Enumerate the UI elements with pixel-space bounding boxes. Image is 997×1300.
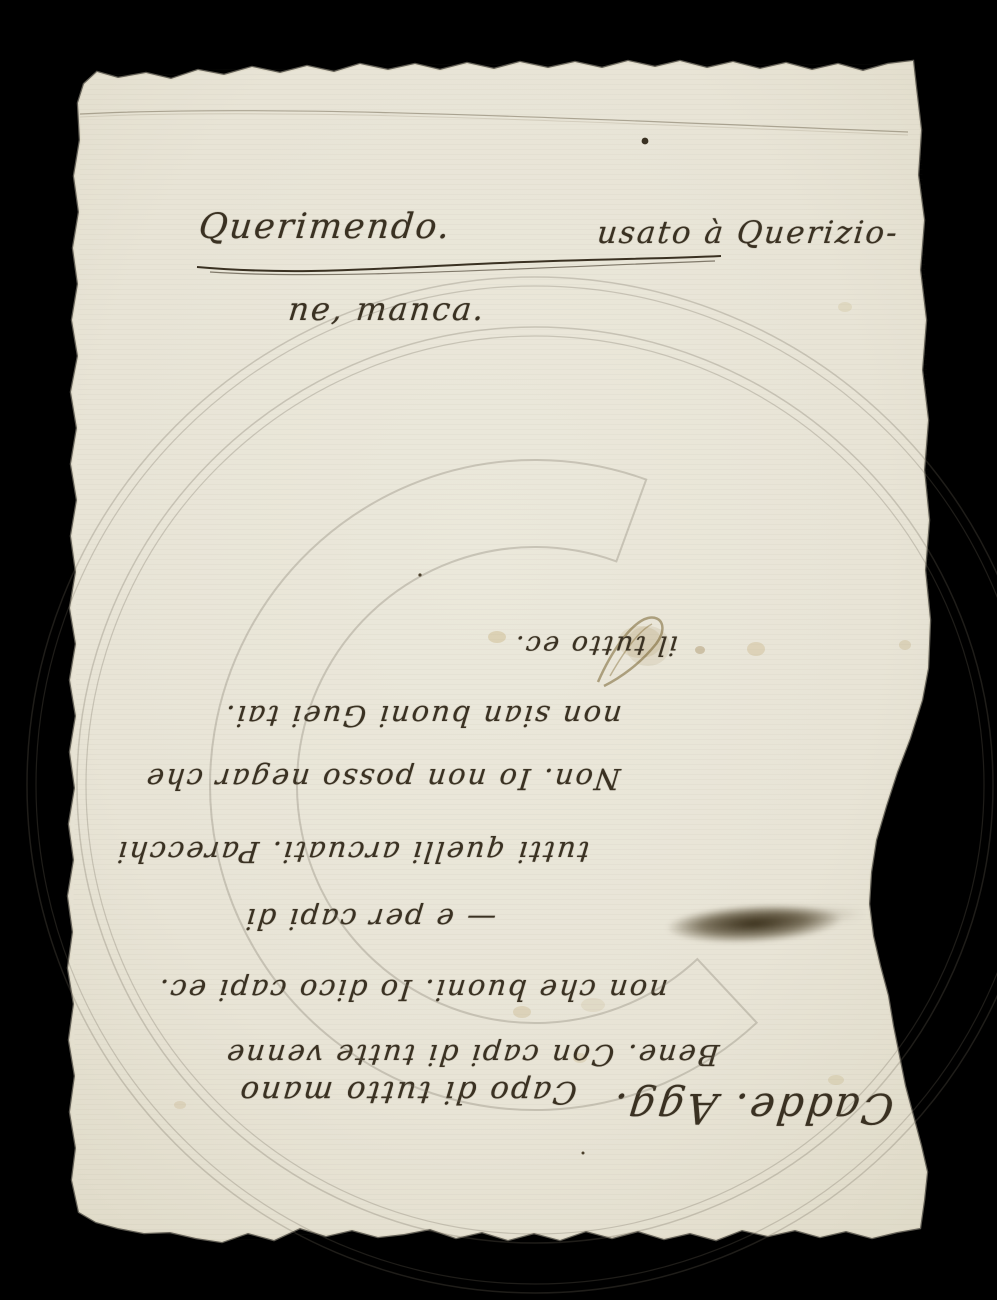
ink-dot — [642, 138, 649, 145]
inverted-line-5: — e per capi di — [43, 902, 696, 934]
photo-of-manuscript: Querimendo. usato à Querizio- ne, manca.… — [0, 0, 997, 1300]
inverted-line-9: Cadde. Agg. — [608, 1085, 898, 1131]
inverted-line-4: tutti quelli arcuati. Parecchi — [53, 835, 651, 867]
ink-speck — [418, 573, 421, 576]
header-line-1-word: Querimendo. — [188, 208, 462, 247]
inverted-line-2: non sian buoni Guei tai. — [143, 699, 701, 731]
header-line-1-continuation: usato à Querizio- — [566, 216, 930, 250]
inverted-line-3: Non. Io non posso negar che — [53, 762, 711, 794]
ink-speck — [582, 1152, 585, 1155]
inverted-line-1: il tutto ec. — [466, 630, 724, 660]
inverted-line-6: non che buoni. Io dico capi ec. — [98, 973, 726, 1005]
inverted-line-7: Bene. Con capi di tutte venne — [56, 1038, 887, 1070]
header-line-2: ne, manca. — [250, 292, 524, 327]
